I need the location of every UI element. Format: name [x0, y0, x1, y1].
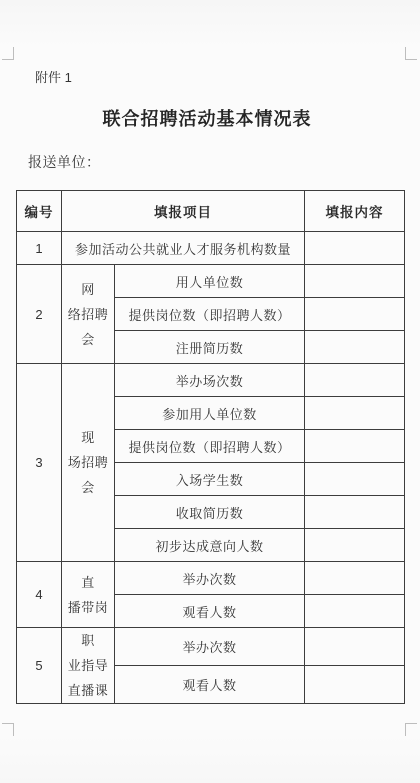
report-table: 编号 填报项目 填报内容 1 参加活动公共就业人才服务机构数量 2 网 络招聘 … [16, 190, 405, 704]
fill-in-cell[interactable] [305, 364, 405, 397]
item-label: 观看人数 [115, 595, 305, 628]
table-row: 1 参加活动公共就业人才服务机构数量 [17, 232, 405, 265]
fill-in-cell[interactable] [305, 232, 405, 265]
table-row: 2 网 络招聘 会 用人单位数 [17, 265, 405, 298]
item-label: 入场学生数 [115, 463, 305, 496]
item-label: 参加用人单位数 [115, 397, 305, 430]
table-header-row: 编号 填报项目 填报内容 [17, 191, 405, 232]
fill-in-cell[interactable] [305, 298, 405, 331]
item-label: 提供岗位数（即招聘人数） [115, 298, 305, 331]
item-label: 举办场次数 [115, 364, 305, 397]
attachment-label: 附件 1 [35, 67, 72, 86]
fill-in-cell[interactable] [305, 666, 405, 704]
fill-in-cell[interactable] [305, 496, 405, 529]
category-label: 网 络招聘 会 [62, 265, 115, 364]
fill-in-cell[interactable] [305, 595, 405, 628]
category-label: 职 业指导 直播课 [62, 628, 115, 704]
text-boundary-mark-bottom-right-icon [405, 723, 417, 736]
item-label: 举办次数 [115, 562, 305, 595]
table-row: 4 直 播带岗 举办次数 [17, 562, 405, 595]
category-label: 现 场招聘 会 [62, 364, 115, 562]
text-boundary-mark-top-right-icon [405, 47, 417, 60]
column-header-number: 编号 [17, 191, 62, 232]
fill-in-cell[interactable] [305, 628, 405, 666]
item-label: 参加活动公共就业人才服务机构数量 [62, 232, 305, 265]
fill-in-cell[interactable] [305, 430, 405, 463]
table-row: 3 现 场招聘 会 举办场次数 [17, 364, 405, 397]
row-number: 2 [17, 265, 62, 364]
fill-in-cell[interactable] [305, 265, 405, 298]
fill-in-cell[interactable] [305, 562, 405, 595]
item-label: 观看人数 [115, 666, 305, 704]
column-header-item: 填报项目 [62, 191, 305, 232]
document-page: 附件 1 联合招聘活动基本情况表 报送单位： 编号 填报项目 填报内容 1 参加… [0, 0, 420, 783]
page-title: 联合招聘活动基本情况表 [17, 105, 397, 131]
row-number: 3 [17, 364, 62, 562]
row-number: 1 [17, 232, 62, 265]
item-label: 初步达成意向人数 [115, 529, 305, 562]
table-row: 5 职 业指导 直播课 举办次数 [17, 628, 405, 666]
fill-in-cell[interactable] [305, 397, 405, 430]
text-boundary-mark-bottom-left-icon [2, 723, 14, 736]
item-label: 收取简历数 [115, 496, 305, 529]
row-number: 5 [17, 628, 62, 704]
fill-in-cell[interactable] [305, 529, 405, 562]
column-header-content: 填报内容 [305, 191, 405, 232]
row-number: 4 [17, 562, 62, 628]
item-label: 注册简历数 [115, 331, 305, 364]
item-label: 提供岗位数（即招聘人数） [115, 430, 305, 463]
fill-in-cell[interactable] [305, 331, 405, 364]
item-label: 举办次数 [115, 628, 305, 666]
category-label: 直 播带岗 [62, 562, 115, 628]
text-boundary-mark-top-left-icon [2, 47, 14, 60]
reporting-unit-label: 报送单位： [28, 152, 101, 172]
fill-in-cell[interactable] [305, 463, 405, 496]
item-label: 用人单位数 [115, 265, 305, 298]
